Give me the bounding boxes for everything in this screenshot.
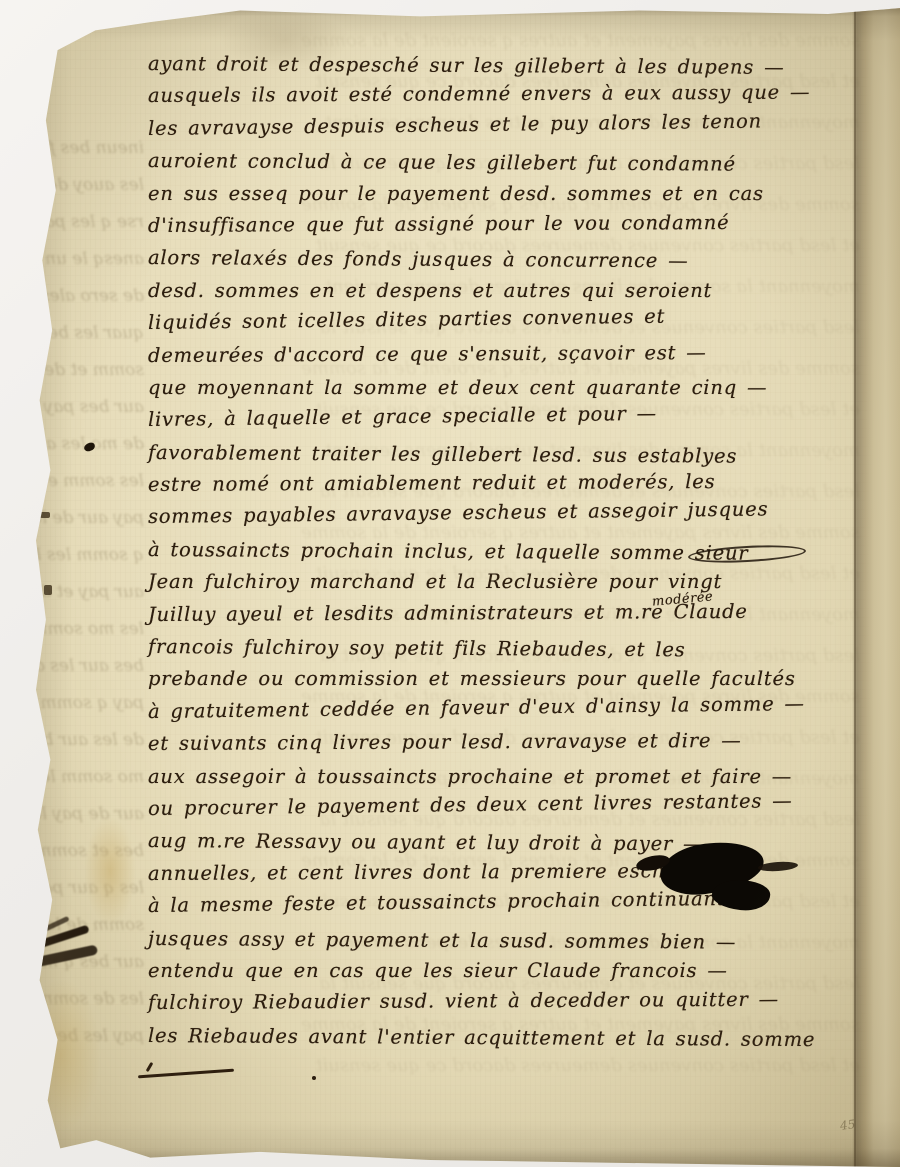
photograph-backdrop: ineun bes ffon uleles auoy deu brerse q … [0,0,900,1167]
edge-nick [36,118,43,124]
manuscript-paper-sheet: ineun bes ffon uleles auoy deu brerse q … [0,0,900,1167]
paper-edge-shading [0,0,900,1167]
